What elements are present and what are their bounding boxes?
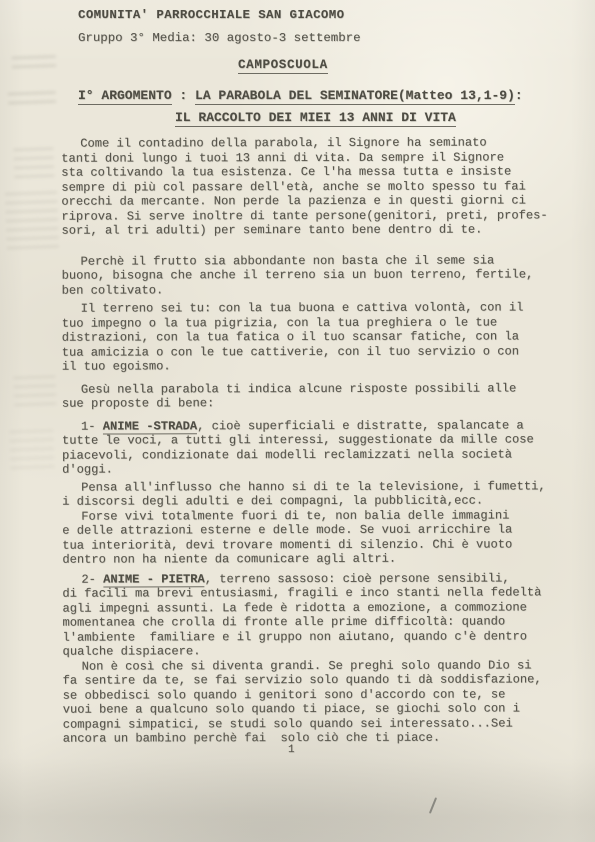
- text-line: Gesù nella parabola ti indica alcune ris…: [62, 381, 552, 397]
- text-line: orecchi da mercante. Non perde la pazien…: [61, 193, 551, 209]
- section-heading-line: 2- ANIME - PIETRA, terreno sassoso: cioè…: [62, 571, 552, 587]
- text-line: sori, al tri adulti) per seminare tanto …: [61, 222, 551, 238]
- group-date-line: Gruppo 3° Media: 30 agosto-3 settembre: [78, 31, 361, 45]
- text-line: i discorsi degli adulti e dei compagni, …: [62, 493, 552, 509]
- text-line: e delle attrazioni esterne e delle mode.…: [62, 522, 552, 538]
- text-line: di facili ma brevi entusiasmi, fragili e…: [62, 585, 552, 601]
- paragraph-frutto: Perchè il frutto sia abbondante non bast…: [62, 253, 552, 298]
- section-heading-rest: , terreno sassoso: cioè persone sensibil…: [205, 571, 510, 586]
- topic-title: LA PARABOLA DEL SEMINATORE(Matteo 13,1-9…: [195, 88, 515, 105]
- text-line: dentro non ha niente da comunicare agli …: [62, 551, 552, 567]
- text-line: Forse vivi totalmente fuori di te, non b…: [62, 508, 552, 524]
- text-line: vuoi bene a qualcuno solo quando ti piac…: [63, 701, 553, 717]
- topic-colon: :: [515, 88, 523, 103]
- text-line: d'oggi.: [62, 461, 552, 477]
- text-line: Come il contadino della parabola, il Sig…: [61, 135, 551, 151]
- organization-title: COMUNITA' PARROCCHIALE SAN GIACOMO: [78, 8, 344, 22]
- document-page: COMUNITA' PARROCCHIALE SAN GIACOMO Grupp…: [0, 0, 595, 842]
- section-name: ANIME -STRADA: [103, 419, 197, 435]
- bleed-through-mark: [13, 375, 56, 410]
- text-line: Perchè il frutto sia abbondante non bast…: [62, 253, 552, 269]
- bleed-through-mark: [13, 147, 54, 184]
- text-line: tua interiorità, devi trovare momenti di…: [62, 537, 552, 553]
- section-name: ANIME - PIETRA: [103, 572, 205, 588]
- text-line: ancora un bambino perchè fai solo ciò ch…: [63, 730, 553, 746]
- text-line: tutte le voci, a tutti gli interessi, su…: [62, 432, 552, 448]
- topic-subtitle-text: IL RACCOLTO DEI MIEI 13 ANNI DI VITA: [175, 110, 456, 127]
- section-heading-line: 1- ANIME -STRADA, cioè superficiali e di…: [62, 418, 552, 434]
- section-anime-strada: 1- ANIME -STRADA, cioè superficiali e di…: [62, 418, 552, 477]
- document-body: Come il contadino della parabola, il Sig…: [61, 135, 553, 746]
- section-anime-pietra: 2- ANIME - PIETRA, terreno sassoso: cioè…: [62, 571, 552, 659]
- topic-heading: I° ARGOMENTO : LA PARABOLA DEL SEMINATOR…: [78, 88, 523, 103]
- camp-title-text: CAMPOSCUOLA: [238, 58, 328, 74]
- text-line: sue proposte di bene:: [62, 395, 552, 411]
- text-line: ben coltivato.: [62, 282, 552, 298]
- paragraph-pensa: Pensa all'influsso che hanno si di te la…: [62, 479, 552, 509]
- text-line: sempre di più col passare dell'età, anch…: [61, 179, 551, 195]
- paragraph-non-e-cosi: Non è così che si diventa grandi. Se pre…: [63, 658, 553, 746]
- pen-mark: [429, 797, 437, 814]
- text-line: tua amicizia o con le tue cattiverie, co…: [62, 344, 552, 360]
- bleed-through-mark: [5, 191, 59, 251]
- text-line: piacevoli, condizionate dai modelli recl…: [62, 447, 552, 463]
- paragraph-forse: Forse vivi totalmente fuori di te, non b…: [62, 508, 552, 567]
- text-line: Non è così che si diventa grandi. Se pre…: [63, 658, 553, 674]
- bleed-through-mark: [8, 91, 56, 107]
- camp-title: CAMPOSCUOLA: [238, 58, 328, 72]
- text-line: agli impegni assunti. La fede è ridotta …: [62, 600, 552, 616]
- page-number: 1: [288, 744, 295, 756]
- text-line: qualche dispiacere.: [63, 643, 553, 659]
- topic-separator: :: [172, 88, 195, 103]
- text-line: fa sentire da te, se fai servizio solo q…: [63, 672, 553, 688]
- text-line: tuo impegno o la tua pigrizia, con la tu…: [62, 315, 552, 331]
- paragraph-intro: Come il contadino della parabola, il Sig…: [61, 135, 551, 238]
- text-line: buono, bisogna che anche il terreno sia …: [62, 267, 552, 283]
- text-line: Pensa all'influsso che hanno si di te la…: [62, 479, 552, 495]
- text-line: il tuo egoismo.: [62, 358, 552, 374]
- text-line: compagni simpatici, se studi solo quando…: [63, 716, 553, 732]
- topic-label: I° ARGOMENTO: [78, 88, 172, 105]
- text-line: sta coltivando la tua esistenza. Ce l'ha…: [61, 164, 551, 180]
- text-line: riprova. Si serve inoltre di tante perso…: [61, 208, 551, 224]
- text-line: momentanea che crolla di fronte alle pri…: [62, 614, 552, 630]
- section-number: 1-: [81, 419, 103, 433]
- text-line: tanti doni lungo i tuoi 13 anni di vita.…: [61, 150, 551, 166]
- bleed-through-mark: [12, 55, 57, 73]
- text-line: distrazioni, con la tua fatica o il tuo …: [62, 329, 552, 345]
- section-heading-rest: , cioè superficiali e distratte, spalanc…: [197, 418, 524, 433]
- text-line: Il terreno sei tu: con la tua buona e ca…: [62, 300, 552, 316]
- paragraph-terreno: Il terreno sei tu: con la tua buona e ca…: [62, 300, 552, 374]
- paragraph-gesu: Gesù nella parabola ti indica alcune ris…: [62, 381, 552, 411]
- text-line: se obbedisci solo quando i genitori sono…: [63, 687, 553, 703]
- topic-subtitle: IL RACCOLTO DEI MIEI 13 ANNI DI VITA: [175, 110, 456, 125]
- bleed-through-mark: [9, 429, 55, 475]
- text-line: l'ambiente familiare e il gruppo non aiu…: [62, 629, 552, 645]
- section-number: 2-: [81, 572, 103, 586]
